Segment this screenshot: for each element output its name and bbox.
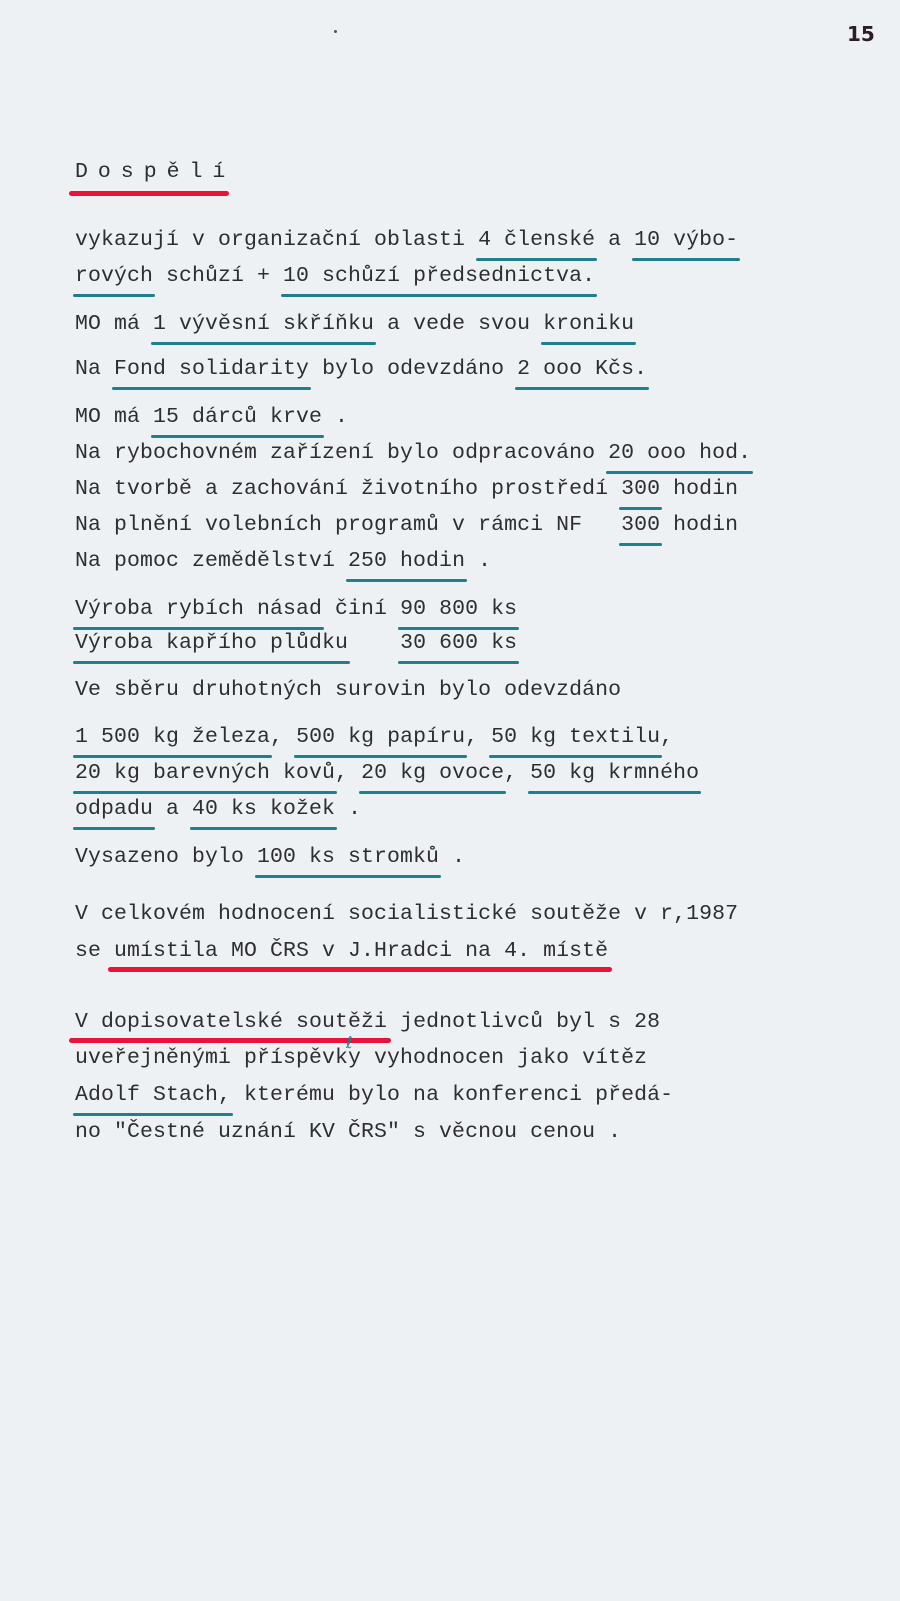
typed-text: . — [465, 549, 491, 573]
teal-underlined-text: 20 ooo hod. — [608, 441, 751, 465]
teal-underlined-text: 300 — [621, 477, 660, 501]
teal-underlined-text: 300 — [621, 513, 660, 537]
typed-text: hodin — [660, 513, 738, 537]
typed-text: . — [439, 845, 465, 869]
teal-underlined-text: 10 schůzí předsednictva. — [283, 264, 595, 288]
typed-text: Vysazeno bylo — [75, 845, 257, 869]
teal-underlined-text: kroniku — [543, 312, 634, 336]
teal-underlined-text: Adolf Stach, — [75, 1083, 231, 1107]
typed-text: Na plnění volebních programů v rámci NF — [75, 513, 621, 537]
typed-text: , — [504, 761, 530, 785]
typed-text: no "Čestné uznání KV ČRS" s věcnou cenou… — [75, 1120, 621, 1144]
text-line: V dopisovatelské soutěži jednotlivců byl… — [75, 1010, 660, 1034]
teal-underlined-text: 2 ooo Kčs. — [517, 357, 647, 381]
teal-underlined-text: 50 kg textilu — [491, 725, 660, 749]
text-line: odpadu a 40 ks kožek . — [75, 797, 361, 821]
text-line: Na pomoc zemědělství 250 hodin . — [75, 549, 491, 573]
typed-text: schůzí + — [153, 264, 283, 288]
typed-text: , — [465, 725, 491, 749]
typed-text: . — [335, 797, 361, 821]
typed-text: , — [335, 761, 361, 785]
teal-underlined-text: rových — [75, 264, 153, 288]
text-line: Na tvorbě a zachování životního prostřed… — [75, 477, 738, 501]
teal-underlined-text: 1 500 kg železa — [75, 725, 270, 749]
text-line: Výroba kapřího plůdku 30 600 ks — [75, 631, 517, 655]
teal-underlined-text: odpadu — [75, 797, 153, 821]
teal-underlined-text: Výroba rybích násad — [75, 597, 322, 621]
heading-text: Dospělí — [75, 160, 235, 184]
teal-underlined-text: 15 dárců krve — [153, 405, 322, 429]
teal-underlined-text: 30 600 ks — [400, 631, 517, 655]
red-underlined-text: V dopisovatelské soutěži — [75, 1010, 387, 1034]
typed-text: , — [270, 725, 296, 749]
typed-text: MO má — [75, 405, 153, 429]
typed-text: a — [595, 228, 634, 252]
text-line: Na plnění volebních programů v rámci NF … — [75, 513, 738, 537]
typed-text — [348, 631, 400, 655]
typed-text: . — [322, 405, 348, 429]
typed-text: hodin — [660, 477, 738, 501]
teal-underlined-text: Fond solidarity — [114, 357, 309, 381]
typed-text: , — [660, 725, 673, 749]
handwritten-correction-mark: ℓ — [346, 1033, 353, 1052]
typed-text: jednotlivců byl s 28 — [387, 1010, 660, 1034]
typed-text: V celkovém hodnocení socialistické soutě… — [75, 902, 738, 926]
text-line: Na Fond solidarity bylo odevzdáno 2 ooo … — [75, 357, 647, 381]
typed-text: Ve sběru druhotných surovin bylo odevzdá… — [75, 678, 621, 702]
teal-underlined-text: 40 ks kožek — [192, 797, 335, 821]
teal-underlined-text: 500 kg papíru — [296, 725, 465, 749]
text-line: Na rybochovném zařízení bylo odpracováno… — [75, 441, 751, 465]
teal-underlined-text: 100 ks stromků — [257, 845, 439, 869]
text-line: uveřejněnými příspěvky vyhodnocen jako v… — [75, 1046, 647, 1070]
typed-text: a vede svou — [374, 312, 543, 336]
typed-text: Na — [75, 357, 114, 381]
typed-text: vykazují v organizační oblasti — [75, 228, 478, 252]
typed-text: a — [153, 797, 192, 821]
text-line: Adolf Stach, kterému bylo na konferenci … — [75, 1083, 673, 1107]
typed-text: uveřejněnými příspěvky vyhodnocen jako v… — [75, 1046, 647, 1070]
text-line: Vysazeno bylo 100 ks stromků . — [75, 845, 465, 869]
text-line: MO má 15 dárců krve . — [75, 405, 348, 429]
typed-text: bylo odevzdáno — [309, 357, 517, 381]
typed-text: MO má — [75, 312, 153, 336]
teal-underlined-text: 20 kg barevných kovů — [75, 761, 335, 785]
text-line: Výroba rybích násad činí 90 800 ks — [75, 597, 517, 621]
typed-text: Na tvorbě a zachování životního prostřed… — [75, 477, 621, 501]
typed-text: Na pomoc zemědělství — [75, 549, 348, 573]
text-line: 20 kg barevných kovů, 20 kg ovoce, 50 kg… — [75, 761, 699, 785]
red-underlined-text: umístila MO ČRS v J.Hradci na 4. místě — [114, 939, 608, 963]
teal-underlined-text: 4 členské — [478, 228, 595, 252]
teal-underlined-text: 10 výbo- — [634, 228, 738, 252]
paper-speck — [334, 30, 337, 33]
text-line: vykazují v organizační oblasti 4 členské… — [75, 228, 738, 252]
teal-underlined-text: Výroba kapřího plůdku — [75, 631, 348, 655]
typed-text: činí — [322, 597, 400, 621]
teal-underlined-text: 1 vývěsní skříňku — [153, 312, 374, 336]
typed-text: se — [75, 939, 114, 963]
text-line: no "Čestné uznání KV ČRS" s věcnou cenou… — [75, 1120, 621, 1144]
page-number: 15 — [847, 22, 875, 46]
text-line: 1 500 kg železa, 500 kg papíru, 50 kg te… — [75, 725, 673, 749]
text-line: rových schůzí + 10 schůzí předsednictva. — [75, 264, 595, 288]
text-line: MO má 1 vývěsní skříňku a vede svou kron… — [75, 312, 634, 336]
typed-text: kterému bylo na konferenci předá- — [231, 1083, 673, 1107]
text-line: se umístila MO ČRS v J.Hradci na 4. míst… — [75, 939, 608, 963]
teal-underlined-text: 250 hodin — [348, 549, 465, 573]
teal-underlined-text: 20 kg ovoce — [361, 761, 504, 785]
teal-underlined-text: 90 800 ks — [400, 597, 517, 621]
typed-text: Na rybochovném zařízení bylo odpracováno — [75, 441, 608, 465]
text-line: V celkovém hodnocení socialistické soutě… — [75, 902, 738, 926]
text-line: Ve sběru druhotných surovin bylo odevzdá… — [75, 678, 621, 702]
teal-underlined-text: 50 kg krmného — [530, 761, 699, 785]
section-heading: Dospělí — [75, 160, 235, 184]
